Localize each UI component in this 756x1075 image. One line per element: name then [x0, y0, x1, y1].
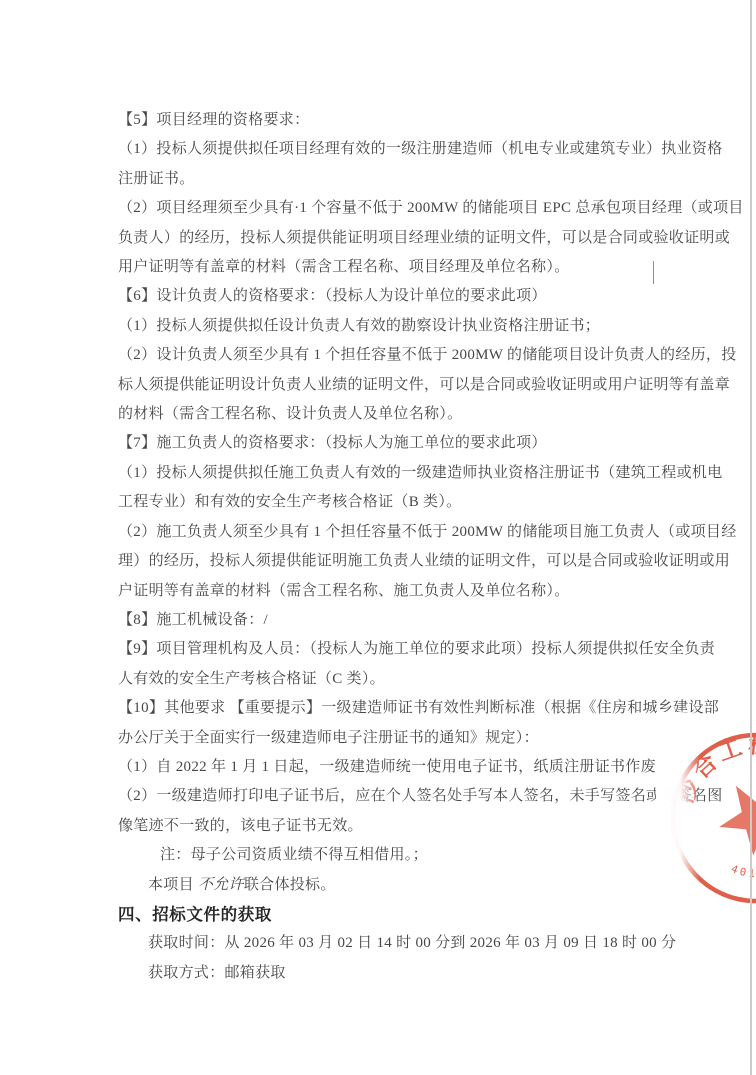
document-line: （2）项目经理须至少具有·1 个容量不低于 200MW 的储能项目 EPC 总承… — [118, 194, 718, 223]
document-line: 【10】其他要求 【重要提示】一级建造师证书有效性判断标准（根据《住房和城乡建设… — [118, 694, 718, 723]
document-line: 获取方式：邮箱获取 — [118, 959, 718, 988]
document-line: 的材料（需含工程名称、设计负责人及单位名称）。 — [118, 400, 718, 429]
document-line: （1）投标人须提供拟任设计负责人有效的勘察设计执业资格注册证书； — [118, 312, 718, 341]
document-line: 负责人）的经历，投标人须提供能证明项目经理业绩的证明文件，可以是合同或验收证明或 — [118, 224, 718, 253]
document-line: 标人须提供能证明设计负责人业绩的证明文件，可以是合同或验收证明或用户证明等有盖章 — [118, 371, 718, 400]
document-line: 理）的经历，投标人须提供能证明施工负责人业绩的证明文件，可以是合同或验收证明或用 — [118, 547, 718, 576]
document-line: 注：母子公司资质业绩不得互相借用。； — [118, 841, 718, 870]
document-line: 【8】施工机械设备：/ — [118, 606, 718, 635]
document-line: 户证明等有盖章的材料（需含工程名称、施工负责人及单位名称）。 — [118, 577, 718, 606]
document-line: 工程专业）和有效的安全生产考核合格证（B 类）。 — [118, 488, 718, 517]
document-line: （2）设计负责人须至少具有 1 个担任容量不低于 200MW 的储能项目设计负责… — [118, 341, 718, 370]
line-segment: 不允许 — [198, 877, 244, 893]
document-line: 本项目 不允许联合体投标。 — [118, 871, 718, 900]
document-line: （2）一级建造师打印电子证书后，应在个人签名处手写本人签名，未手写签名或与签名图 — [118, 782, 718, 811]
document-line: 【5】项目经理的资格要求： — [118, 106, 718, 135]
document-line: 办公厅关于全面实行一级建造师电子注册证书的通知》规定）： — [118, 724, 718, 753]
document-line: 【6】设计负责人的资格要求：（投标人为设计单位的要求此项） — [118, 282, 718, 311]
document-page: 【5】项目经理的资格要求：（1）投标人须提供拟任项目经理有效的一级注册建造师（机… — [0, 0, 756, 1075]
seal-star-icon — [705, 767, 756, 863]
document-line: （1）投标人须提供拟任项目经理有效的一级注册建造师（机电专业或建筑专业）执业资格 — [118, 135, 718, 164]
document-line: 【9】项目管理机构及人员：（投标人为施工单位的要求此项）投标人须提供拟任安全负责 — [118, 635, 718, 664]
document-line: 人有效的安全生产考核合格证（C 类）。 — [118, 665, 718, 694]
document-line: （1）自 2022 年 1 月 1 日起，一级建造师统一使用电子证书，纸质注册证… — [118, 753, 718, 782]
document-line: （2）施工负责人须至少具有 1 个担任容量不低于 200MW 的储能项目施工负责… — [118, 518, 718, 547]
line-segment: 本项目 — [148, 877, 198, 893]
scan-fade-overlay — [656, 712, 700, 922]
document-line: 【7】施工负责人的资格要求：（投标人为施工单位的要求此项） — [118, 429, 718, 458]
scan-artifact-line — [653, 261, 654, 284]
document-body: 【5】项目经理的资格要求：（1）投标人须提供拟任项目经理有效的一级注册建造师（机… — [118, 106, 718, 988]
line-segment: 联合体投标。 — [244, 877, 336, 893]
document-line: 像笔迹不一致的，该电子证书无效。 — [118, 812, 718, 841]
section-heading: 四、招标文件的获取 — [118, 900, 718, 929]
document-line: （1）投标人须提供拟任施工负责人有效的一级建造师执业资格注册证书（建筑工程或机电 — [118, 459, 718, 488]
document-line: 获取时间：从 2026 年 03 月 02 日 14 时 00 分到 2026 … — [118, 929, 718, 958]
document-line: 用户证明等有盖章的材料（需含工程名称、项目经理及单位名称）。 — [118, 253, 718, 282]
document-line: 注册证书。 — [118, 165, 718, 194]
page-edge-line — [750, 0, 752, 1075]
